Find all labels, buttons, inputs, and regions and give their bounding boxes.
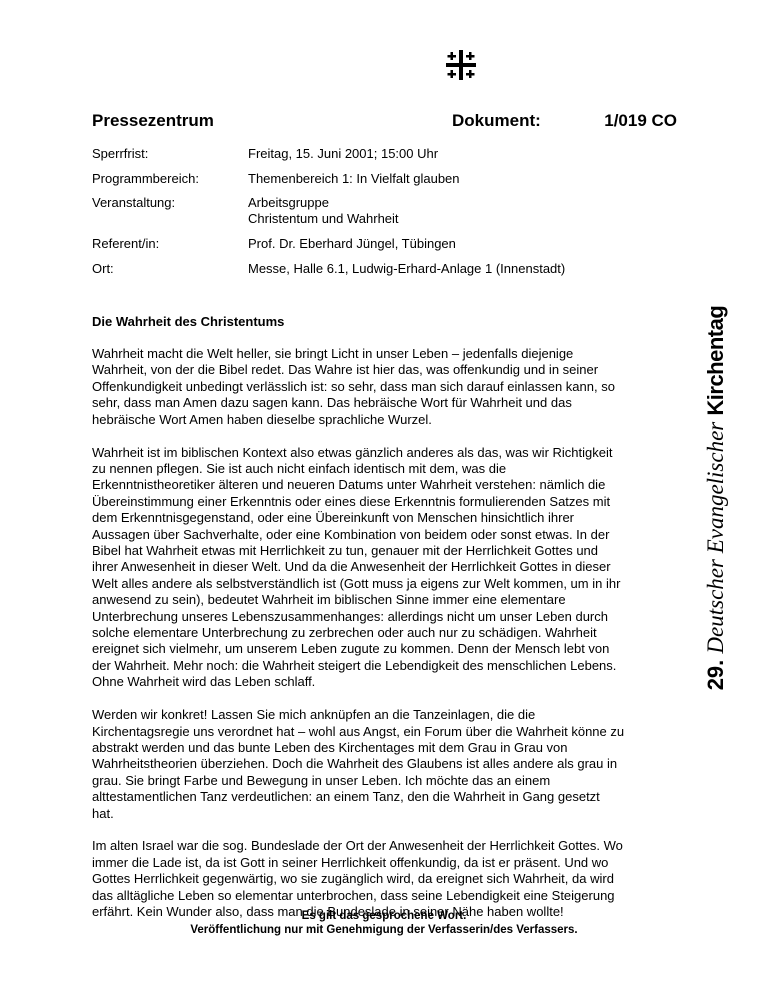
meta-label: Veranstaltung: [92, 195, 175, 210]
article-title: Die Wahrheit des Christentums [92, 314, 682, 330]
article-body: Wahrheit macht die Welt heller, sie brin… [92, 346, 682, 921]
paragraph-line: alttestamentlichen Tanz verdeutlichen: a… [92, 789, 682, 805]
meta-value: Arbeitsgruppe Christentum und Wahrheit [248, 195, 399, 227]
paragraph-line: das alltägliche Leben so elementar unter… [92, 888, 682, 904]
paragraph-line: Im alten Israel war die sog. Bundeslade … [92, 838, 682, 854]
meta-value-line: Christentum und Wahrheit [248, 211, 399, 227]
article: Die Wahrheit des Christentums Wahrheit m… [92, 314, 682, 937]
meta-label: Programmbereich: [92, 171, 199, 186]
paragraph-line: der Wahrheit. Mehr noch: die Wahrheit st… [92, 658, 682, 674]
meta-value: Freitag, 15. Juni 2001; 15:00 Uhr [248, 146, 438, 162]
footer-notice: Es gilt das gesprochene Wort. Veröffentl… [0, 909, 768, 937]
paragraph-line: hat. [92, 806, 682, 822]
paragraph-line: Unterbrechung unseres Lebenszusammenhang… [92, 609, 682, 625]
meta-value: Prof. Dr. Eberhard Jüngel, Tübingen [248, 236, 456, 252]
paragraph-line: sehr, dass man Amen dazu sagen kann. Das… [92, 395, 682, 411]
article-paragraph: Werden wir konkret! Lassen Sie mich ankn… [92, 707, 682, 822]
paragraph-line: Welt alles andere als selbstverständlich… [92, 576, 682, 592]
document-header: Pressezentrum Dokument: 1/019 CO [92, 111, 677, 133]
paragraph-line: Bibel hat Wahrheit etwas mit Herrlichkei… [92, 543, 682, 559]
meta-value: Messe, Halle 6.1, Ludwig-Erhard-Anlage 1… [248, 261, 565, 277]
meta-label: Referent/in: [92, 236, 159, 251]
meta-value-line: Arbeitsgruppe [248, 195, 399, 211]
paragraph-line: Wahrheitstheorien überziehen. Doch die W… [92, 756, 682, 772]
meta-label: Sperrfrist: [92, 146, 148, 161]
meta-label: Ort: [92, 261, 114, 276]
paragraph-line: Übereinstimmung einer Erkenntnis oder ei… [92, 494, 682, 510]
footer-line-1: Es gilt das gesprochene Wort. [0, 909, 768, 923]
document-label: Dokument: [452, 111, 541, 131]
paragraph-line: dem Erkenntnisgegenstand, oder eine Über… [92, 510, 682, 526]
footer-line-2: Veröffentlichung nur mit Genehmigung der… [0, 923, 768, 937]
article-paragraph: Wahrheit ist im biblischen Kontext also … [92, 445, 682, 691]
jerusalem-cross-icon [445, 49, 477, 81]
paragraph-line: Ohne Wahrheit wird das Leben schlaff. [92, 674, 682, 690]
paragraph-line: Erkenntnistheoretiker älteren und neuere… [92, 477, 682, 493]
meta-value: Themenbereich 1: In Vielfalt glauben [248, 171, 460, 187]
paragraph-line: ihrer Anwesenheit in dieser Welt. Und da… [92, 559, 682, 575]
paragraph-line: Aussagen über Sachverhalte, oder eine Ko… [92, 527, 682, 543]
paragraph-line: Wahrheit, von der die Bibel redet. Das W… [92, 362, 682, 378]
document-number: 1/019 CO [604, 111, 677, 131]
paragraph-line: Kirchentagsregie uns verordnet hat – woh… [92, 724, 682, 740]
article-paragraph: Wahrheit macht die Welt heller, sie brin… [92, 346, 682, 428]
paragraph-line: anwesend zu sein), bedeutet Wahrheit im … [92, 592, 682, 608]
paragraph-line: Gottes Herrlichkeit gegenwärtig, wo sie … [92, 871, 682, 887]
paragraph-line: solche elementare Unterbrechung zu zerbr… [92, 625, 682, 641]
paragraph-line: Wahrheit macht die Welt heller, sie brin… [92, 346, 682, 362]
paragraph-line: immer die Lade ist, da ist Gott in seine… [92, 855, 682, 871]
banner-script-text: Deutscher Evangelischer [703, 422, 728, 654]
paragraph-line: zu nennen pflegen. Sie ist auch nicht ei… [92, 461, 682, 477]
banner-bold-text: Kirchentag [703, 306, 728, 416]
paragraph-line: Werden wir konkret! Lassen Sie mich ankn… [92, 707, 682, 723]
paragraph-line: grau. Sie bringt Farbe und Bewegung in u… [92, 773, 682, 789]
paragraph-line: Offenkundigkeit unbedingt verlässlich is… [92, 379, 682, 395]
banner-number: 29. [703, 660, 728, 691]
paragraph-line: Wahrheit ist im biblischen Kontext also … [92, 445, 682, 461]
paragraph-line: ereignet sich vielmehr, um unserem Leben… [92, 641, 682, 657]
kirchentag-banner-text: 29. Deutscher Evangelischer Kirchentag [703, 306, 729, 691]
paragraph-line: hebräische Wort Amen haben dieselbe spra… [92, 412, 682, 428]
paragraph-line: abstrakt werden und das bunte Leben des … [92, 740, 682, 756]
press-center-label: Pressezentrum [92, 111, 214, 131]
